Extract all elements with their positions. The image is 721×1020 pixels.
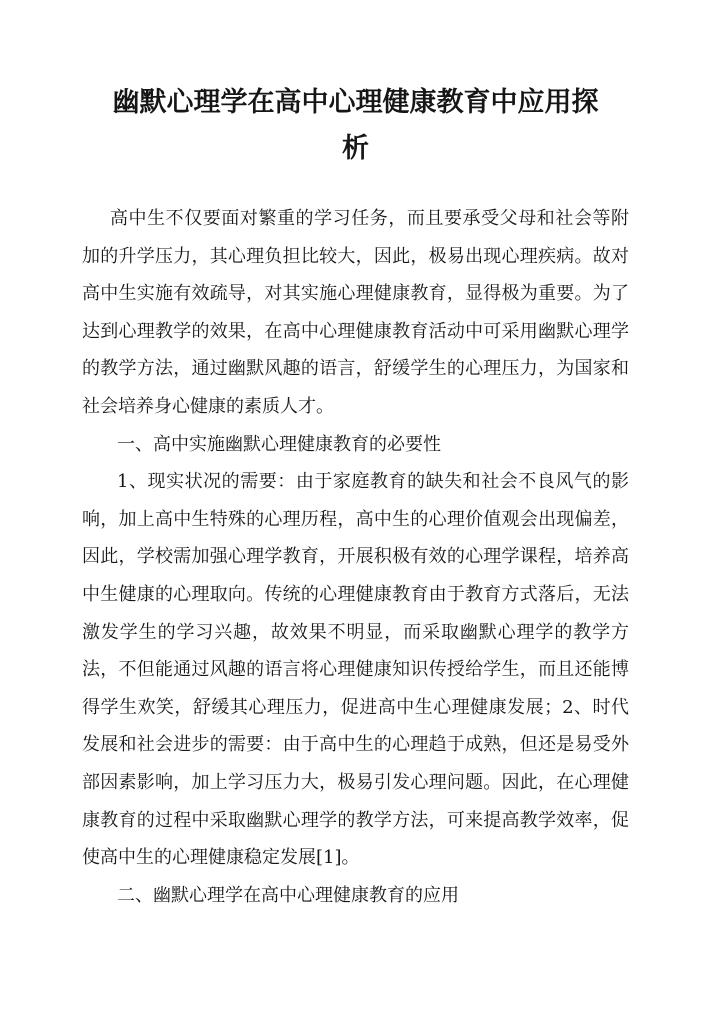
document-page: 幽默心理学在高中心理健康教育中应用探 析 高中生不仅要面对繁重的学习任务，而且要… — [0, 0, 721, 1020]
section-2-heading: 二、幽默心理学在高中心理健康教育的应用 — [82, 877, 629, 915]
title-line-1: 幽默心理学在高中心理健康教育中应用探 — [82, 80, 629, 126]
section-1-paragraph: 1、现实状况的需要：由于家庭教育的缺失和社会不良风气的影响，加上高中生特殊的心理… — [82, 463, 629, 877]
document-body: 高中生不仅要面对繁重的学习任务，而且要承受父母和社会等附加的升学压力，其心理负担… — [82, 200, 629, 914]
section-1-heading: 一、高中实施幽默心理健康教育的必要性 — [82, 426, 629, 464]
document-title: 幽默心理学在高中心理健康教育中应用探 析 — [82, 0, 629, 172]
title-line-2: 析 — [82, 126, 629, 172]
intro-paragraph: 高中生不仅要面对繁重的学习任务，而且要承受父母和社会等附加的升学压力，其心理负担… — [82, 200, 629, 426]
